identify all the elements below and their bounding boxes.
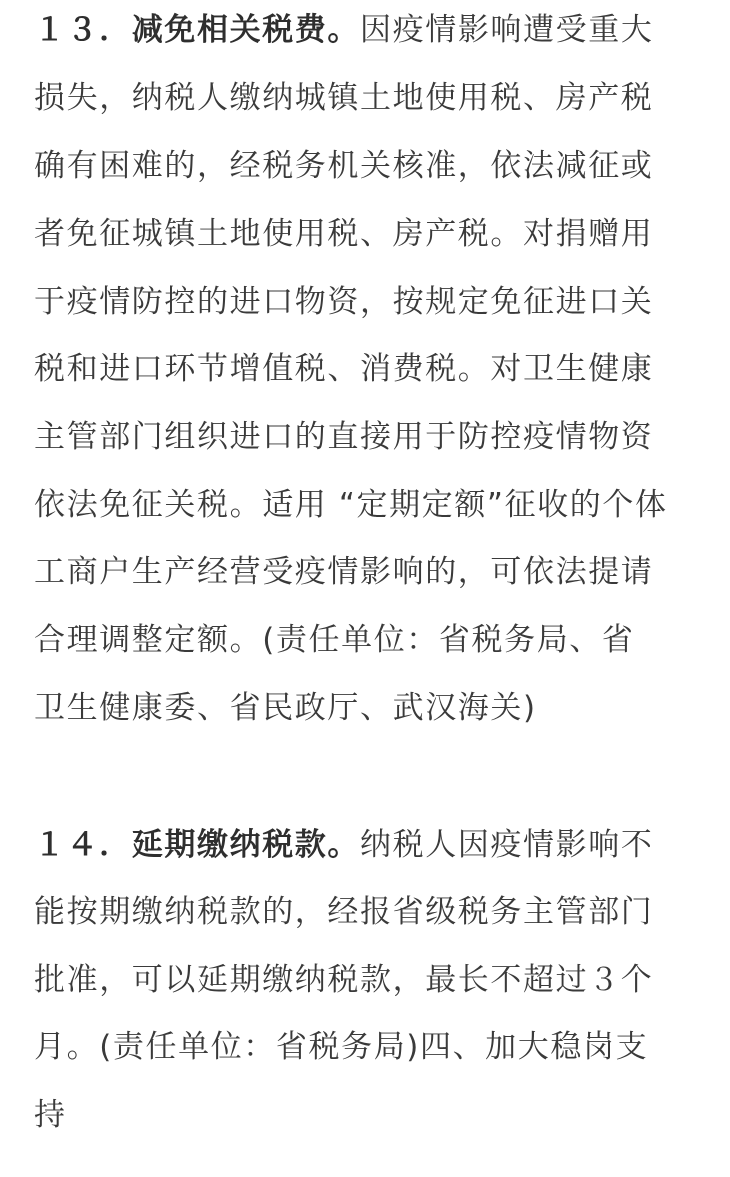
paragraph-line: １４．延期缴纳税款。纳税人因疫情影响不: [34, 825, 653, 865]
paragraph-line: 卫生健康委、省民政厅、武汉海关): [34, 688, 537, 728]
item-number: １４．: [34, 827, 132, 863]
paragraph-line: 税和进口环节增值税、消费税。对卫生健康: [34, 349, 653, 389]
paragraph-line: 于疫情防控的进口物资，按规定免征进口关: [34, 282, 653, 322]
paragraph-line: 合理调整定额。(责任单位：省税务局、省: [34, 620, 635, 660]
paragraph-line: 能按期缴纳税款的，经报省级税务主管部门: [34, 892, 653, 932]
item-heading: 减免相关税费。: [132, 12, 360, 48]
item-number: １３．: [34, 12, 132, 48]
line-text: 因疫情影响遭受重大: [360, 12, 653, 48]
paragraph-line: 确有困难的，经税务机关核准，依法减征或: [34, 146, 653, 186]
line-text: 纳税人因疫情影响不: [360, 827, 653, 863]
paragraph-line: 持: [34, 1095, 67, 1135]
paragraph-line: 主管部门组织进口的直接用于防控疫情物资: [34, 417, 653, 457]
paragraph-line: 者免征城镇土地使用税、房产税。对捐赠用: [34, 214, 653, 254]
item-heading: 延期缴纳税款。: [132, 827, 360, 863]
paragraph-line: 批准，可以延期缴纳税款，最长不超过３个: [34, 960, 653, 1000]
paragraph-line: １３．减免相关税费。因疫情影响遭受重大: [34, 10, 653, 50]
paragraph-line: 工商户生产经营受疫情影响的，可依法提请: [34, 552, 653, 592]
paragraph-line: 依法免征关税。适用 “定期定额”征收的个体: [34, 485, 668, 525]
paragraph-line: 月。(责任单位：省税务局)四、加大稳岗支: [34, 1027, 648, 1067]
paragraph-line: 损失，纳税人缴纳城镇土地使用税、房产税: [34, 78, 653, 118]
